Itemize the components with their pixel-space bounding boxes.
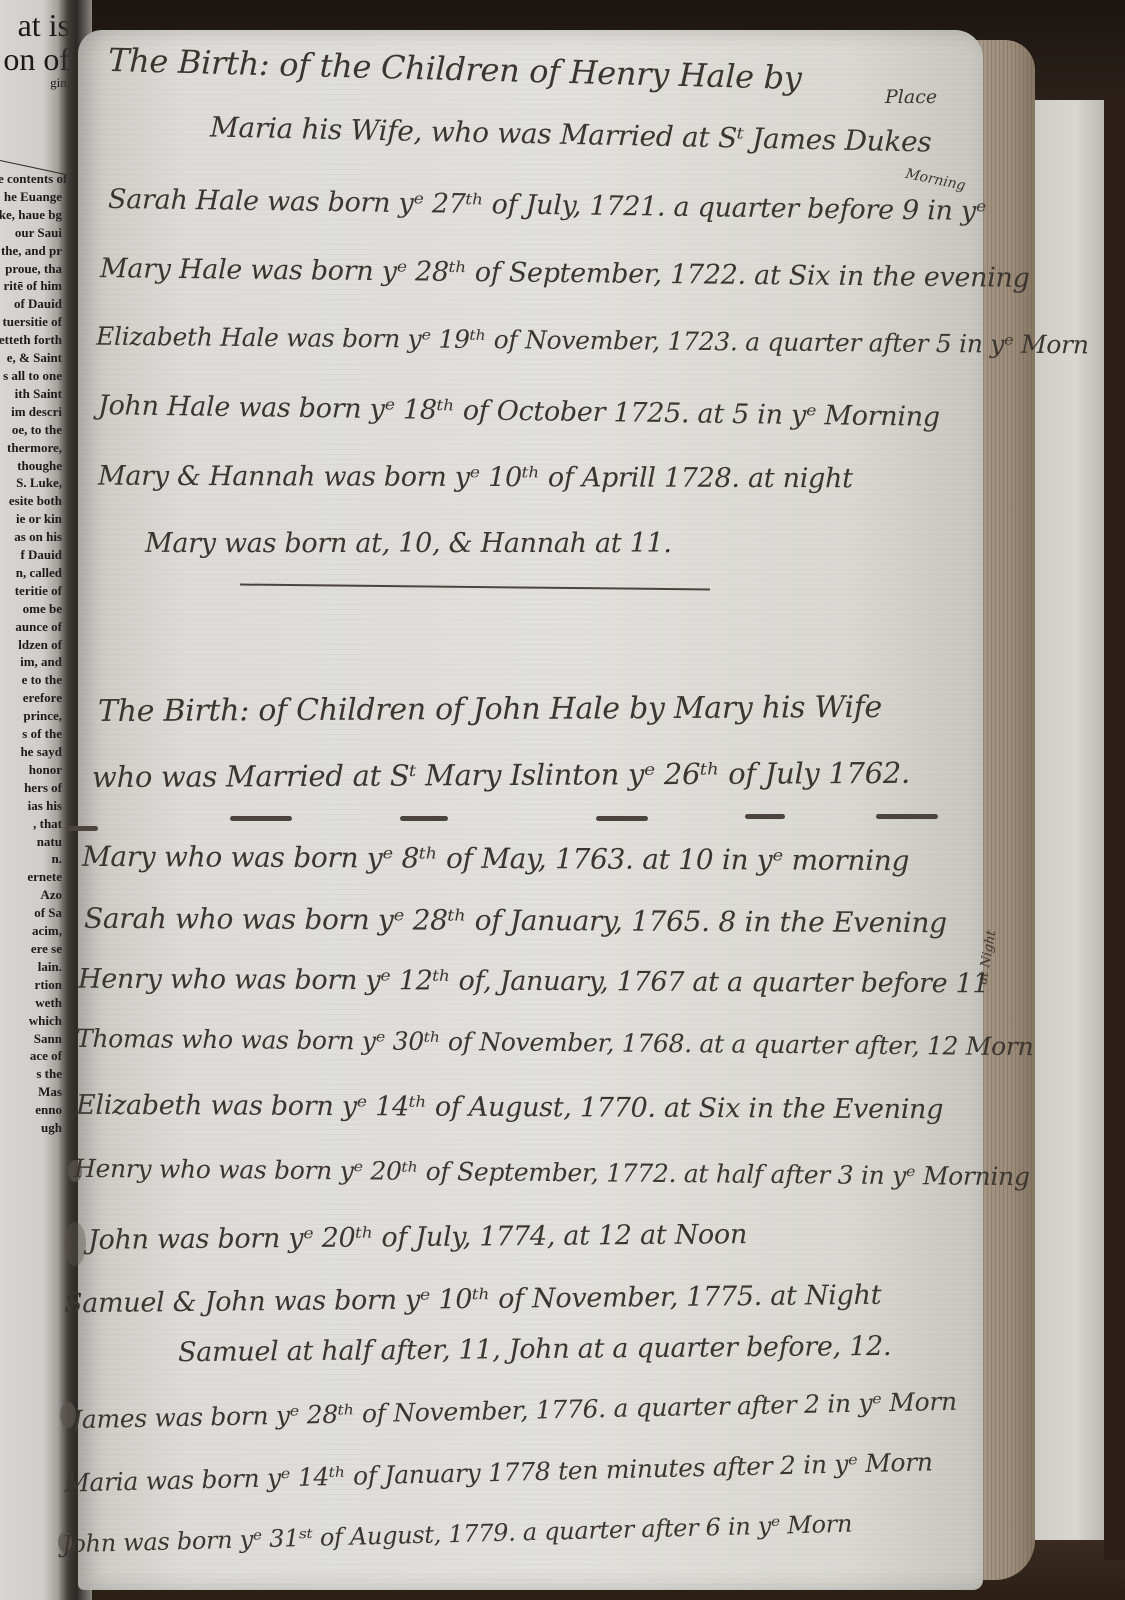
heading-underline — [596, 816, 648, 821]
left-column-line: esite both — [0, 492, 62, 510]
left-column-line: hers of — [0, 779, 62, 797]
left-column-line: ere se — [0, 940, 62, 958]
left-column-line: of Sa — [0, 904, 62, 922]
left-column-line: as on his — [0, 528, 62, 546]
entry-henry-1767: Henry who was born yᵉ 12ᵗʰ of, January, … — [78, 964, 990, 1000]
left-column-line: s the — [0, 1065, 62, 1083]
left-column-line: teritie of — [0, 582, 62, 600]
left-column-line: s of the — [0, 725, 62, 743]
left-column-line: of Dauid — [0, 295, 62, 313]
left-column-line: n, called — [0, 564, 62, 582]
left-column-line: ie or kin — [0, 510, 62, 528]
left-column-line: im, and — [0, 653, 62, 671]
left-column-line: e contents of — [0, 170, 62, 188]
left-column-line: n. — [0, 850, 62, 868]
entry-mary-hannah-times: Mary was born at, 10, & Hannah at 11. — [145, 528, 672, 559]
left-column-line: which — [0, 1012, 62, 1030]
left-column-line: lain. — [0, 958, 62, 976]
left-column-line: ke, haue bg — [0, 206, 62, 224]
left-column-line: he sayd — [0, 743, 62, 761]
entry-elizabeth-1770: Elizabeth was born yᵉ 14ᵗʰ of August, 17… — [76, 1090, 943, 1126]
back-cover — [1104, 90, 1125, 1560]
back-endpaper — [1032, 100, 1104, 1540]
left-column-line: thoughe — [0, 457, 62, 475]
heading-underline — [230, 816, 292, 821]
left-column-line: Sann — [0, 1030, 62, 1048]
entry-samuel-john-times: Samuel at half after, 11, John at a quar… — [178, 1331, 891, 1368]
left-column-line: aunce of — [0, 618, 62, 636]
heading-underline — [876, 814, 938, 819]
left-column-line: oe, to the — [0, 421, 62, 439]
left-column-line: ome be — [0, 600, 62, 618]
left-column-line: ernete — [0, 868, 62, 886]
left-column-line: ritē of him — [0, 277, 62, 295]
left-column-line: ith Saint — [0, 385, 62, 403]
left-page-text-column: e contents ofhe Euangeke, haue bgour Sau… — [0, 170, 62, 1137]
book-photo: at is on of gin. e contents ofhe Euangek… — [0, 0, 1125, 1600]
entry-sarah-1765: Sarah who was born yᵉ 28ᵗʰ of January, 1… — [84, 902, 947, 940]
left-column-line: Azo — [0, 886, 62, 904]
left-column-line: enno — [0, 1101, 62, 1119]
left-column-line: , that — [0, 815, 62, 833]
heading-underline — [66, 826, 98, 831]
entry-mary-1763: Mary who was born yᵉ 8ᵗʰ of May, 1763. a… — [82, 840, 909, 877]
left-column-line: Mas — [0, 1083, 62, 1101]
margin-note-place: Place — [885, 86, 937, 108]
entry-mary-hannah-1728: Mary & Hannah was born yᵉ 10ᵗʰ of Aprill… — [98, 461, 853, 495]
left-column-line: acim, — [0, 922, 62, 940]
left-column-line: S. Luke, — [0, 474, 62, 492]
left-column-line: prince, — [0, 707, 62, 725]
left-column-line: rtion — [0, 976, 62, 994]
left-column-line: ias his — [0, 797, 62, 815]
left-column-line: the, and pr — [0, 242, 62, 260]
left-column-line: weth — [0, 994, 62, 1012]
left-column-line: im descri — [0, 403, 62, 421]
section2-heading-line2: who was Married at Sᵗ Mary Islinton yᵉ 2… — [92, 756, 910, 794]
heading-underline — [400, 816, 448, 821]
left-column-line: tuersitie of — [0, 313, 62, 331]
left-column-line: f Dauid — [0, 546, 62, 564]
left-column-line: he Euange — [0, 188, 62, 206]
left-column-line: e, & Saint — [0, 349, 62, 367]
left-column-line: our Saui — [0, 224, 62, 242]
left-column-line: ldzen of — [0, 636, 62, 654]
left-column-line: e to the — [0, 671, 62, 689]
ink-stain — [64, 1222, 86, 1266]
left-column-line: ace of — [0, 1047, 62, 1065]
left-column-line: natu — [0, 833, 62, 851]
left-column-line: etteth forth — [0, 331, 62, 349]
left-column-line: erefore — [0, 689, 62, 707]
entry-john-1774: John was born yᵉ 20ᵗʰ of July, 1774, at … — [88, 1219, 747, 1256]
section2-heading-line1: The Birth: of Children of John Hale by M… — [98, 690, 882, 729]
heading-underline — [745, 814, 785, 819]
left-column-line: honor — [0, 761, 62, 779]
left-column-line: s all to one — [0, 367, 62, 385]
left-column-line: thermore, — [0, 439, 62, 457]
left-column-line: ugh — [0, 1119, 62, 1137]
left-column-line: proue, tha — [0, 260, 62, 278]
